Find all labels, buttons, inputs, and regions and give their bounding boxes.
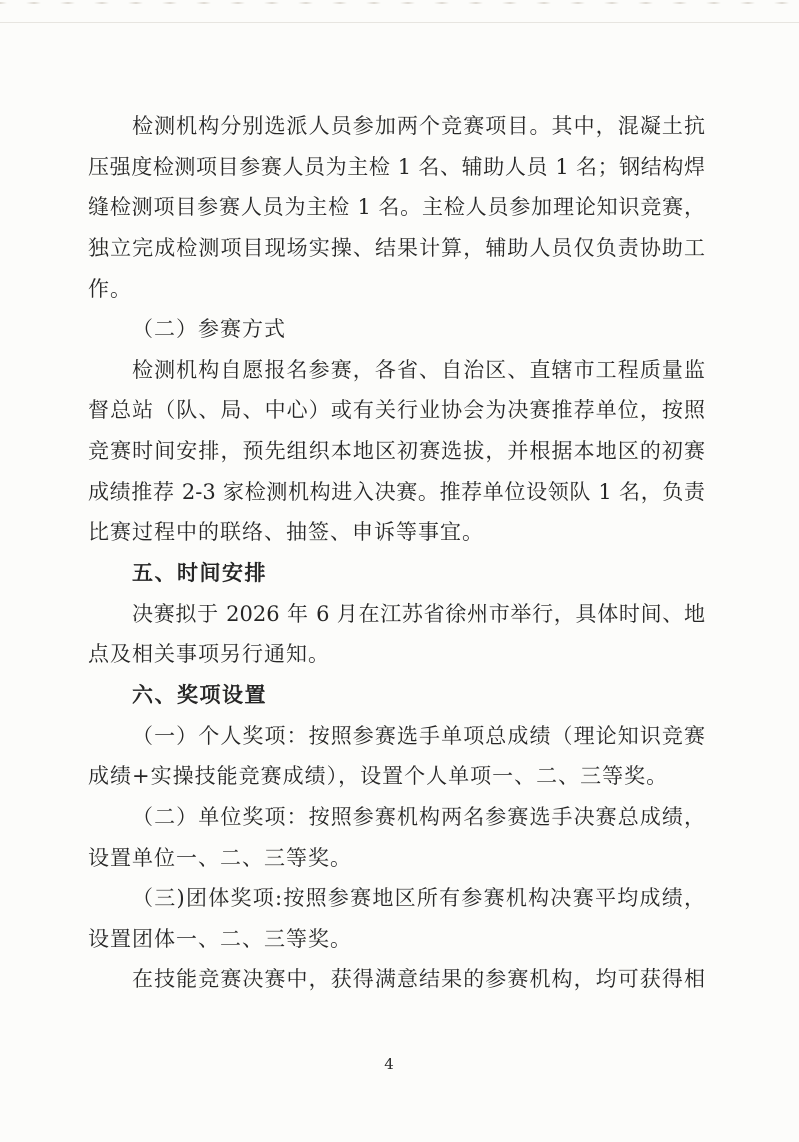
text-line: 在技能竞赛决赛中，获得满意结果的参赛机构，均可获得相: [88, 959, 705, 1000]
text-line: （三)团体奖项:按照参赛地区所有参赛机构决赛平均成绩，: [88, 878, 705, 919]
text-line: 独立完成检测项目现场实操、结果计算，辅助人员仅负责协助工: [88, 228, 705, 269]
heading-line: 五、时间安排: [88, 553, 705, 594]
text-line: 检测机构自愿报名参赛，各省、自治区、直辖市工程质量监: [88, 350, 705, 391]
text-line: 缝检测项目参赛人员为主检 1 名。主检人员参加理论知识竞赛，: [88, 187, 705, 228]
document-page: 检测机构分别选派人员参加两个竞赛项目。其中，混凝土抗压强度检测项目参赛人员为主检…: [0, 0, 799, 1142]
text-line: 比赛过程中的联络、抽签、申诉等事宜。: [88, 512, 705, 553]
text-line: 决赛拟于 2026 年 6 月在江苏省徐州市举行，具体时间、地: [88, 594, 705, 635]
heading-line: 六、奖项设置: [88, 675, 705, 716]
text-line: 成绩+实操技能竞赛成绩），设置个人单项一、二、三等奖。: [88, 756, 705, 797]
text-line: 成绩推荐 2-3 家检测机构进入决赛。推荐单位设领队 1 名，负责: [88, 472, 705, 513]
text-line: 竞赛时间安排，预先组织本地区初赛选拔，并根据本地区的初赛: [88, 431, 705, 472]
page-number: 4: [380, 1055, 398, 1073]
text-line: 设置团体一、二、三等奖。: [88, 919, 705, 960]
text-line: 检测机构分别选派人员参加两个竞赛项目。其中，混凝土抗: [88, 106, 705, 147]
text-line: 点及相关事项另行通知。: [88, 634, 705, 675]
text-line: （二）参赛方式: [88, 309, 705, 350]
text-line: 压强度检测项目参赛人员为主检 1 名、辅助人员 1 名；钢结构焊: [88, 147, 705, 188]
text-line: （二）单位奖项：按照参赛机构两名参赛选手决赛总成绩，: [88, 797, 705, 838]
text-line: 设置单位一、二、三等奖。: [88, 838, 705, 879]
text-line: 督总站（队、局、中心）或有关行业协会为决赛推荐单位，按照: [88, 390, 705, 431]
scan-artifact-top-edge: [0, 2, 799, 4]
document-body: 检测机构分别选派人员参加两个竞赛项目。其中，混凝土抗压强度检测项目参赛人员为主检…: [88, 106, 705, 1000]
text-line: （一）个人奖项：按照参赛选手单项总成绩（理论知识竞赛: [88, 716, 705, 757]
scan-artifact-hairline: [0, 22, 799, 23]
text-line: 作。: [88, 269, 705, 310]
